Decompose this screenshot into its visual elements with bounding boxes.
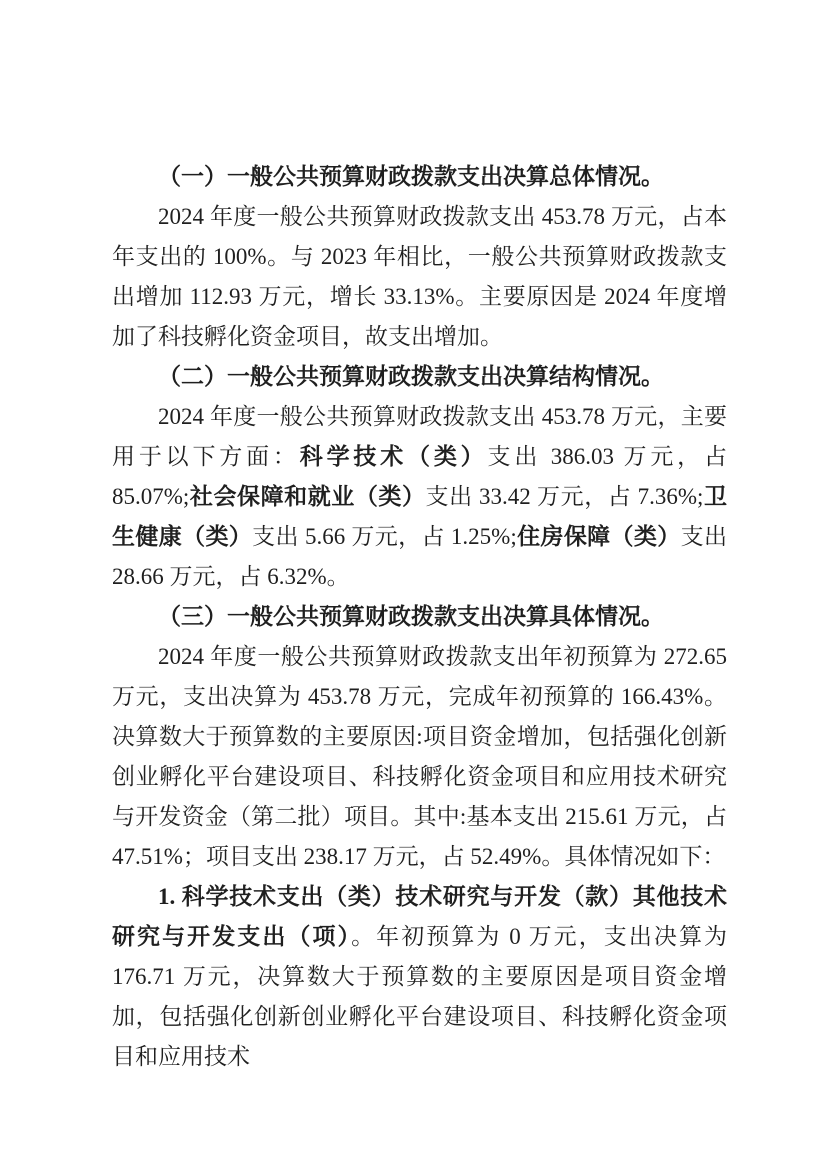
section-3-heading: （三）一般公共预算财政拨款支出决算具体情况。	[112, 597, 727, 637]
section-2-body-segment-4: 支出 33.42 万元，占 7.36%;	[426, 484, 704, 509]
section-3-body: 2024 年度一般公共预算财政拨款支出年初预算为 272.65 万元，支出决算为…	[112, 637, 727, 877]
section-1-body-segment-0: 2024 年度一般公共预算财政拨款支出 453.78 万元，占本年支出的 100…	[112, 204, 727, 349]
section-2-heading-segment-0: （二）一般公共预算财政拨款支出决算结构情况。	[158, 364, 664, 389]
section-2-body: 2024 年度一般公共预算财政拨款支出 453.78 万元，主要用于以下方面：科…	[112, 397, 727, 597]
section-2-body-segment-6: 支出 5.66 万元，占 1.25%;	[252, 524, 517, 549]
section-3-body-segment-0: 2024 年度一般公共预算财政拨款支出年初预算为 272.65 万元，支出决算为…	[112, 644, 727, 869]
document-content: （一）一般公共预算财政拨款支出决算总体情况。2024 年度一般公共预算财政拨款支…	[112, 157, 727, 1077]
section-2-body-segment-7: 住房保障（类）	[517, 524, 681, 549]
section-2-body-segment-1: 科学技术（类）	[300, 444, 488, 469]
section-1-body: 2024 年度一般公共预算财政拨款支出 453.78 万元，占本年支出的 100…	[112, 197, 727, 357]
section-1-heading: （一）一般公共预算财政拨款支出决算总体情况。	[112, 157, 727, 197]
document-page: （一）一般公共预算财政拨款支出决算总体情况。2024 年度一般公共预算财政拨款支…	[0, 0, 826, 1169]
section-3-heading-segment-0: （三）一般公共预算财政拨款支出决算具体情况。	[158, 604, 664, 629]
section-2-heading: （二）一般公共预算财政拨款支出决算结构情况。	[112, 357, 727, 397]
item-1-science-tech: 1. 科学技术支出（类）技术研究与开发（款）其他技术研究与开发支出（项）。年初预…	[112, 877, 727, 1077]
section-1-heading-segment-0: （一）一般公共预算财政拨款支出决算总体情况。	[158, 164, 664, 189]
section-2-body-segment-3: 社会保障和就业（类）	[189, 484, 425, 509]
